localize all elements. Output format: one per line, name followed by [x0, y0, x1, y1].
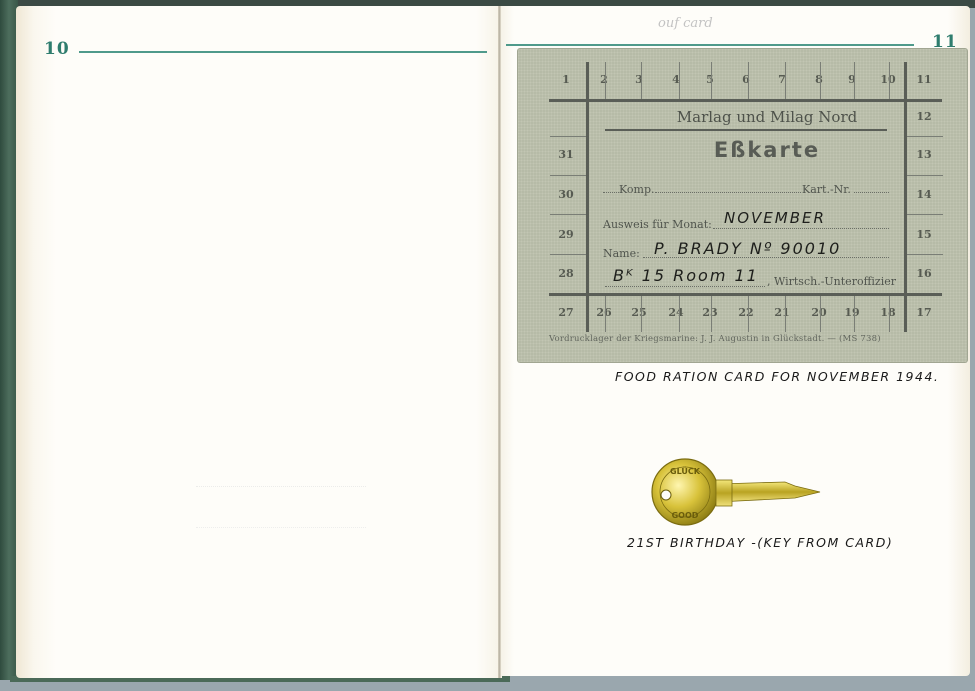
day-divider	[748, 62, 749, 99]
food-ration-card: Marlag und Milag Nord Eßkarte Komp. Kart…	[517, 48, 968, 363]
gold-key-icon: GLÜCK GOOD	[650, 456, 825, 531]
month-label: Ausweis für Monat:	[603, 218, 712, 231]
komp-field	[655, 192, 801, 193]
barracks-value: Bᴷ 15 Room 11	[613, 266, 759, 285]
day-divider	[641, 296, 642, 332]
month-value: NOVEMBER	[724, 209, 826, 227]
page-number-left: 10	[44, 39, 70, 59]
day-divider	[854, 296, 855, 332]
day-cell-27: 27	[551, 306, 581, 319]
day-divider	[907, 136, 943, 137]
kart-nr-field	[854, 192, 889, 193]
day-cell-10: 10	[873, 73, 903, 86]
day-divider	[785, 62, 786, 99]
day-cell-12: 12	[909, 110, 939, 123]
day-cell-9: 9	[837, 73, 867, 86]
day-cell-13: 13	[909, 148, 939, 161]
day-divider	[711, 296, 712, 332]
day-divider	[854, 62, 855, 99]
card-caption: FOOD RATION CARD FOR NOVEMBER 1944.	[615, 369, 939, 384]
day-divider	[679, 62, 680, 99]
day-cell-28: 28	[551, 267, 581, 280]
day-cell-3: 3	[624, 73, 654, 86]
day-divider	[550, 214, 586, 215]
day-divider	[550, 136, 586, 137]
day-cell-26: 26	[589, 306, 619, 319]
book-gutter	[498, 6, 501, 678]
day-cell-22: 22	[731, 306, 761, 319]
faded-stamp-mark	[196, 486, 366, 528]
day-divider	[550, 254, 586, 255]
day-divider	[550, 175, 586, 176]
kart-nr-label: Kart.-Nr.	[802, 183, 851, 196]
day-cell-14: 14	[909, 188, 939, 201]
day-cell-17: 17	[909, 306, 939, 319]
card-top-border	[549, 99, 942, 102]
day-cell-21: 21	[767, 306, 797, 319]
komp-label: Komp.	[619, 183, 655, 196]
day-cell-7: 7	[767, 73, 797, 86]
day-cell-29: 29	[551, 228, 581, 241]
day-divider	[679, 296, 680, 332]
day-divider	[907, 214, 943, 215]
card-title: Eßkarte	[617, 138, 917, 162]
day-cell-2: 2	[589, 73, 619, 86]
day-divider	[889, 296, 890, 332]
day-divider	[641, 62, 642, 99]
printer-imprint: Vordrucklager der Kriegsmarine: J. J. Au…	[549, 334, 881, 344]
day-cell-11: 11	[909, 73, 939, 86]
day-divider	[711, 62, 712, 99]
day-divider	[820, 62, 821, 99]
name-value: P. BRADY Nº 90010	[654, 239, 841, 258]
day-cell-19: 19	[837, 306, 867, 319]
pencil-note: ouf card	[658, 16, 713, 31]
day-cell-18: 18	[873, 306, 903, 319]
left-page: 10	[16, 6, 502, 678]
day-cell-8: 8	[804, 73, 834, 86]
key-caption: 21ST BIRTHDAY -(KEY FROM CARD)	[627, 535, 893, 550]
day-cell-24: 24	[661, 306, 691, 319]
day-cell-23: 23	[695, 306, 725, 319]
day-divider	[748, 296, 749, 332]
day-cell-5: 5	[695, 73, 725, 86]
day-cell-20: 20	[804, 306, 834, 319]
day-divider	[907, 175, 943, 176]
day-divider	[785, 296, 786, 332]
header-rule-left	[79, 51, 487, 53]
day-cell-1: 1	[551, 73, 581, 86]
barracks-field-line	[605, 286, 765, 287]
day-cell-4: 4	[661, 73, 691, 86]
day-cell-16: 16	[909, 267, 939, 280]
day-divider	[907, 254, 943, 255]
name-label: Name:	[603, 247, 640, 260]
card-title-rule	[605, 129, 887, 131]
card-left-border	[586, 62, 589, 332]
header-rule-right	[506, 44, 914, 46]
day-divider	[605, 62, 606, 99]
day-cell-6: 6	[731, 73, 761, 86]
month-field-line	[713, 228, 889, 229]
day-cell-30: 30	[551, 188, 581, 201]
day-divider	[820, 296, 821, 332]
day-cell-15: 15	[909, 228, 939, 241]
card-right-border	[904, 62, 907, 332]
day-divider	[889, 62, 890, 99]
officer-label: , Wirtsch.-Unteroffizier	[767, 275, 896, 288]
day-divider	[605, 296, 606, 332]
day-cell-25: 25	[624, 306, 654, 319]
key-inscription-bottom: GOOD	[672, 511, 699, 520]
day-cell-31: 31	[551, 148, 581, 161]
card-organization: Marlag und Milag Nord	[617, 108, 917, 126]
card-bottom-border	[549, 293, 942, 296]
komp-dots-pre	[603, 192, 619, 193]
key-inscription-top: GLÜCK	[670, 466, 701, 476]
